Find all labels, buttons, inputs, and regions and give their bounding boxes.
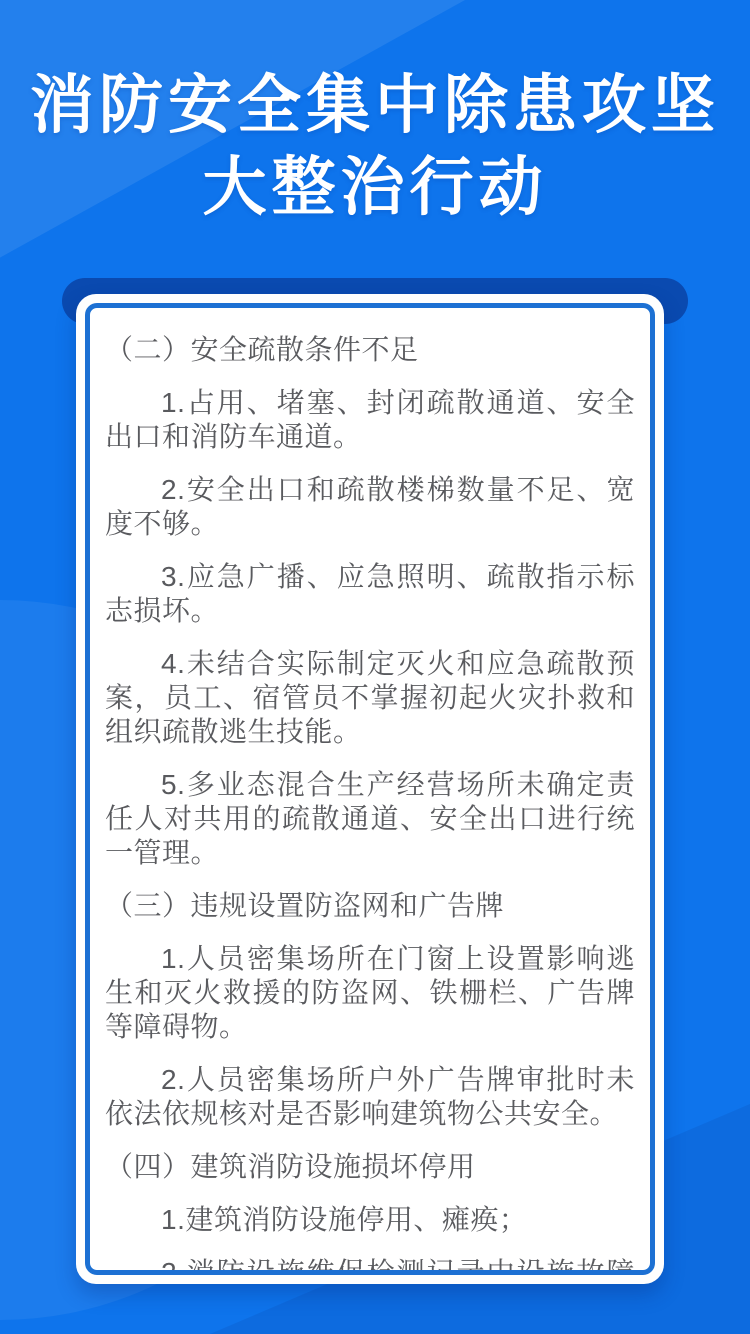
poster-title: 消防安全集中除患攻坚 大整治行动: [0, 64, 750, 228]
section-heading: （四）建筑消防设施损坏停用: [105, 1150, 635, 1184]
section-3: （三）违规设置防盗网和广告牌 1.人员密集场所在门窗上设置影响逃生和灭火救援的防…: [105, 889, 635, 1131]
section-item: 3.应急广播、应急照明、疏散指示标志损坏。: [105, 560, 635, 628]
section-item: 1.建筑消防设施停用、瘫痪；: [105, 1203, 635, 1237]
section-heading: （二）安全疏散条件不足: [105, 333, 635, 367]
section-item: 1.占用、堵塞、封闭疏散通道、安全出口和消防车通道。: [105, 386, 635, 454]
section-item: 2.消防设施维保检测记录中设施故障未整改的问题。: [105, 1256, 635, 1275]
title-line-1: 消防安全集中除患攻坚: [0, 64, 750, 146]
card-inner-frame: （二）安全疏散条件不足 1.占用、堵塞、封闭疏散通道、安全出口和消防车通道。 2…: [85, 303, 655, 1275]
content-card: （二）安全疏散条件不足 1.占用、堵塞、封闭疏散通道、安全出口和消防车通道。 2…: [76, 294, 664, 1284]
section-item: 2.人员密集场所户外广告牌审批时未依法依规核对是否影响建筑物公共安全。: [105, 1063, 635, 1131]
section-item: 4.未结合实际制定灭火和应急疏散预案，员工、宿管员不掌握初起火灾扑救和组织疏散逃…: [105, 647, 635, 749]
section-heading: （三）违规设置防盗网和广告牌: [105, 889, 635, 923]
section-item: 5.多业态混合生产经营场所未确定责任人对共用的疏散通道、安全出口进行统一管理。: [105, 768, 635, 870]
section-4: （四）建筑消防设施损坏停用 1.建筑消防设施停用、瘫痪； 2.消防设施维保检测记…: [105, 1150, 635, 1275]
title-line-2: 大整治行动: [0, 146, 750, 228]
section-item: 2.安全出口和疏散楼梯数量不足、宽度不够。: [105, 473, 635, 541]
section-2: （二）安全疏散条件不足 1.占用、堵塞、封闭疏散通道、安全出口和消防车通道。 2…: [105, 333, 635, 870]
section-item: 1.人员密集场所在门窗上设置影响逃生和灭火救援的防盗网、铁栅栏、广告牌等障碍物。: [105, 942, 635, 1044]
